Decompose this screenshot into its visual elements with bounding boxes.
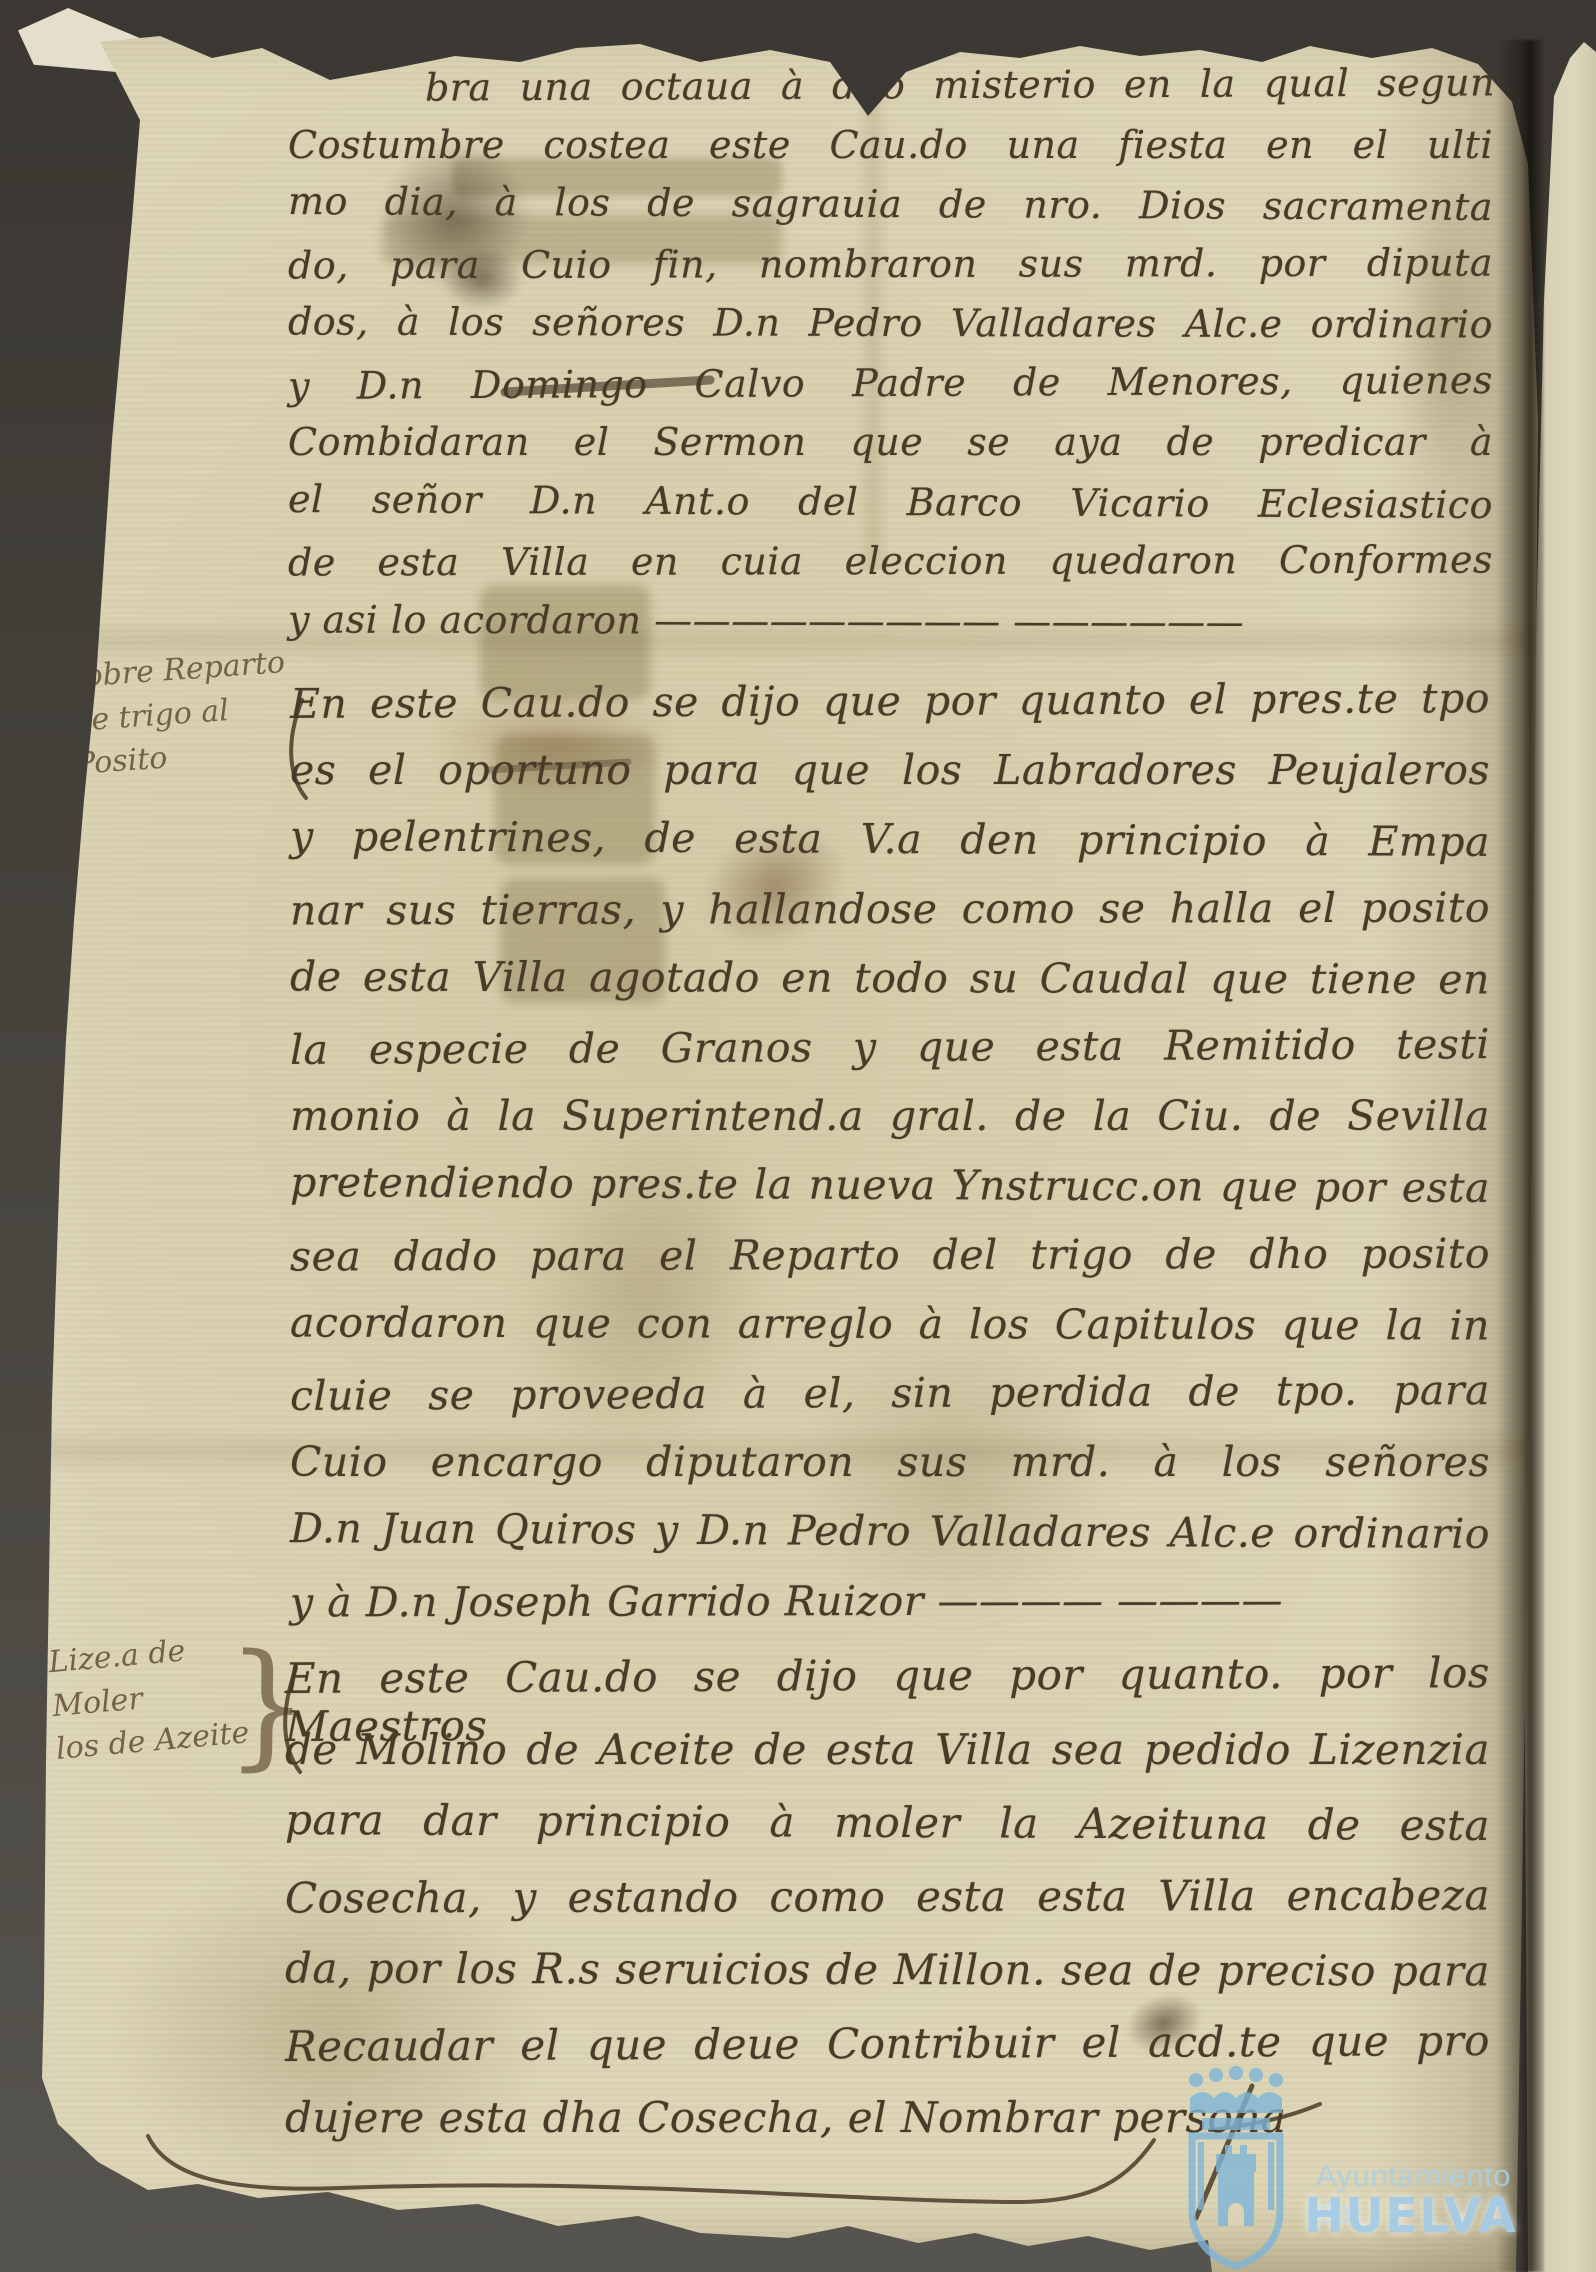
manuscript-line: En este Cau.do se dijo que por quanto el… [290,675,1490,728]
manuscript-line: do, para Cuio fin, nombraron sus mrd. po… [288,241,1493,288]
margin-note-reparto: sobre Reparto de trigo al Posito [68,640,307,786]
manuscript-line: Recaudar el que deue Contribuir el acd.t… [285,2017,1490,2071]
manuscript-line: acordaron que con arreglo à los Capitulo… [290,1299,1490,1349]
manuscript-line: D.n Juan Quiros y D.n Pedro Valladares A… [290,1505,1490,1558]
manuscript-line: nar sus tierras, y hallandose como se ha… [290,884,1490,934]
manuscript-line: sea dado para el Reparto del trigo de dh… [290,1230,1490,1280]
manuscript-line: mo dia, à los de sagrauia de nro. Dios s… [288,180,1493,230]
manuscript-line: de Molino de Aceite de esta Villa sea pe… [285,1726,1490,1774]
manuscript-line: y asi lo acordaron ————————— —————— [288,598,1493,645]
manuscript-line: de esta Villa agotado en todo su Caudal … [290,953,1490,1003]
manuscript-line: Combidaran el Sermon que se aya de predi… [288,421,1493,465]
manuscript-line: Costumbre costea este Cau.do una fiesta … [288,124,1493,168]
manuscript-line: dos, à los señores D.n Pedro Valladares … [288,301,1493,348]
manuscript-line: para dar principio à moler la Azeituna d… [285,1796,1490,1850]
manuscript-line: Cosecha, y estando como esta esta Villa … [285,1871,1490,1922]
manuscript-line: y D.n Domingo Calvo Padre de Menores, qu… [288,359,1493,409]
archive-scan: bra una octaua à dho misterio en la qual… [0,0,1596,2272]
manuscript-line: Cuio encargo diputaron sus mrd. à los se… [290,1439,1490,1486]
manuscript-line: la especie de Granos y que esta Remitido… [290,1021,1490,1074]
manuscript-line: el señor D.n Ant.o del Barco Vicario Ecl… [288,478,1493,528]
manuscript-line: cluie se proveeda à el, sin perdida de t… [290,1367,1490,1420]
manuscript-line: es el oportuno para que los Labradores P… [290,747,1490,794]
margin-note-molienda: Lize.a de Moler los de Azeite } [47,1623,268,1771]
manuscript-line: dujere esta dha Cosecha, el Nombrar pers… [285,2094,1490,2142]
margin-note-line: de trigo al Posito [71,684,307,787]
manuscript-line: y pelentrines, de esta V.a den principio… [290,813,1490,866]
manuscript-line: y à D.n Joseph Garrido Ruizor ———— ———— [290,1576,1490,1626]
margin-note-brace: } [225,1605,310,1805]
binding-gutter-shadow [1496,40,1544,2272]
manuscript-line: pretendiendo pres.te la nueva Ynstrucc.o… [290,1159,1490,1212]
manuscript-line: monio à la Superintend.a gral. de la Ciu… [290,1093,1490,1140]
manuscript-line: bra una octaua à dho misterio en la qual… [425,61,1495,110]
manuscript-line: da, por los R.s seruicios de Millon. sea… [285,1945,1490,1996]
manuscript-page: bra una octaua à dho misterio en la qual… [0,0,1560,2272]
manuscript-line: de esta Villa en cuia eleccion quedaron … [288,539,1493,586]
